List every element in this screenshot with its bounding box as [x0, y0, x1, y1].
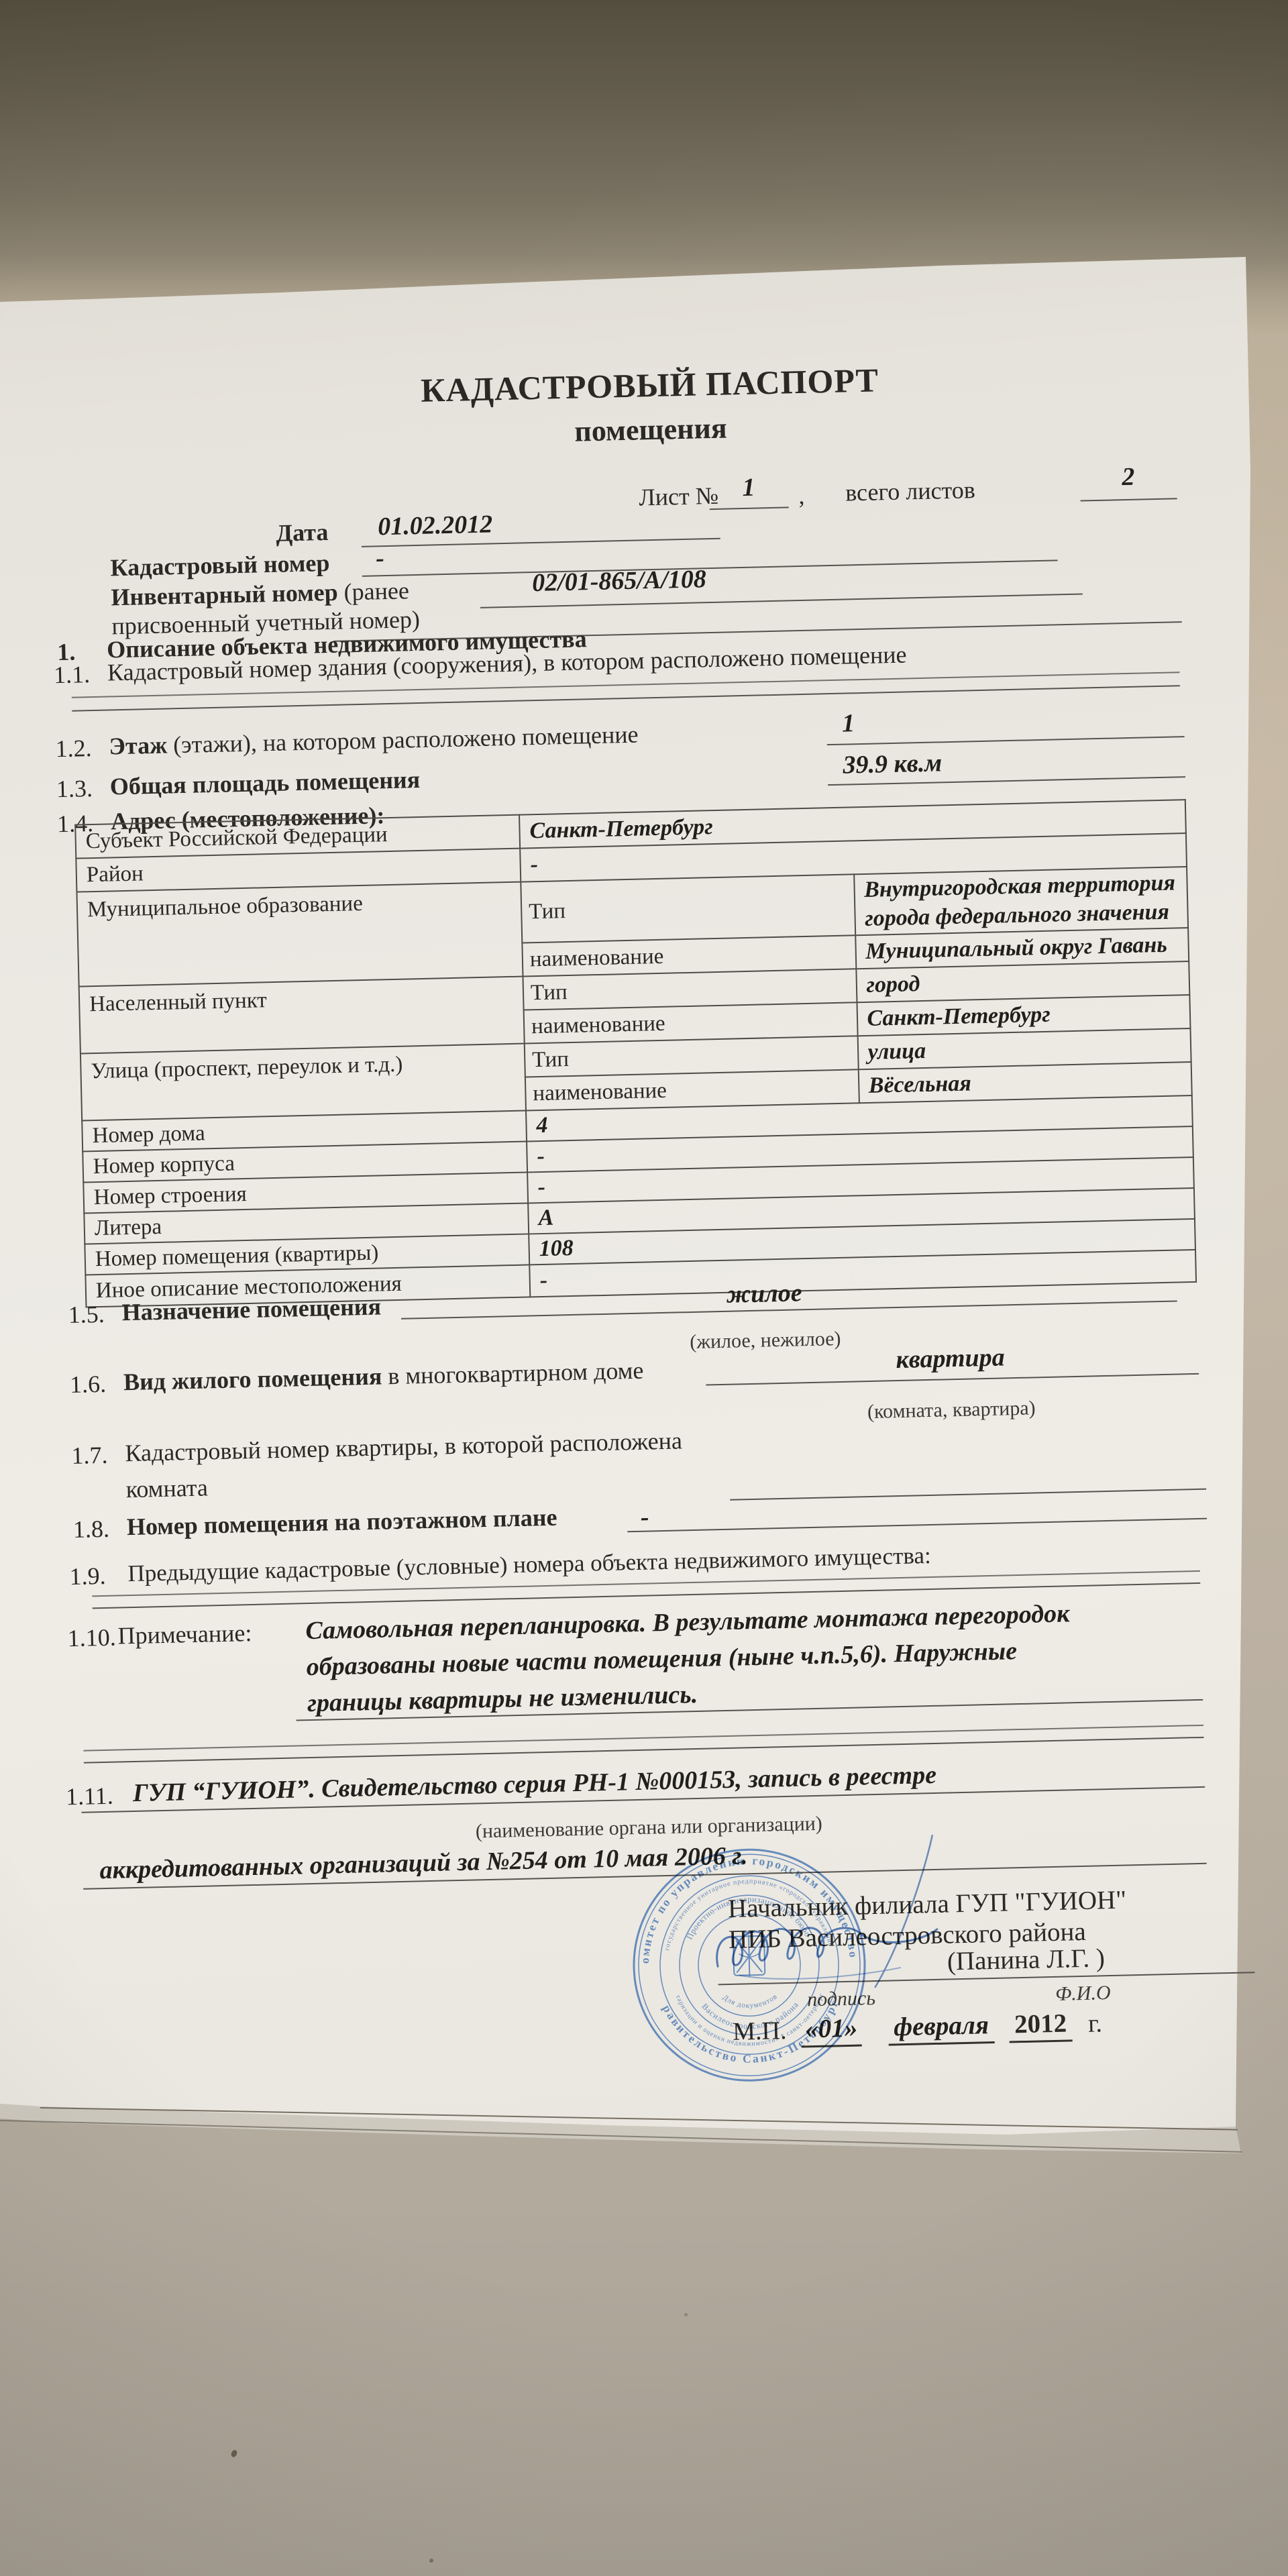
sheet-number-label: Лист №: [639, 483, 719, 511]
inventory-number-value: 02/01-865/А/108: [532, 566, 707, 598]
section-1-8-text: Номер помещения на поэтажном плане: [127, 1505, 557, 1541]
document-title: КАДАСТРОВЫЙ ПАСПОРТ: [347, 360, 952, 411]
section-1-8-number: 1.8.: [73, 1515, 110, 1544]
section-1-7-text-line2: комната: [125, 1474, 208, 1503]
total-sheets-value: 2: [1079, 462, 1177, 492]
inventory-number-label-bold: Инвентарный номер: [111, 579, 338, 611]
total-sheets-line: [1081, 498, 1177, 501]
note-separator-b: [84, 1737, 1204, 1764]
document-subtitle: помещения: [349, 407, 953, 453]
section-1-10-label: Примечание:: [117, 1620, 252, 1650]
section-1-3-number: 1.3.: [56, 774, 93, 803]
section-1-3-value: 39.9 кв.м: [843, 749, 943, 780]
sheet-number-value: 1: [709, 473, 789, 502]
cadastral-number-label: Кадастровый номер: [110, 550, 330, 582]
section-1-2-line: [827, 736, 1185, 745]
section-1-7-number: 1.7.: [71, 1441, 108, 1470]
date-value: 01.02.2012: [378, 511, 493, 541]
section-1-2-text-bold: Этаж: [109, 732, 168, 760]
inventory-number-label: Инвентарный номер (ранее: [111, 578, 409, 611]
section-1-10-number: 1.10.: [67, 1623, 116, 1653]
fio-hint: Ф.И.О: [1055, 1982, 1111, 2005]
address-row-label: Муниципальное образование: [76, 882, 523, 987]
section-1-1-line-b: [72, 685, 1180, 711]
cadastral-number-value: -: [376, 545, 385, 573]
section-1-2-text: Этаж (этажи), на котором расположено пом…: [109, 722, 639, 760]
section-1-11-number: 1.11.: [66, 1782, 114, 1811]
handwritten-signature: [696, 1829, 981, 1996]
total-sheets-label: всего листов: [845, 477, 975, 506]
address-row-sublabel: Тип: [521, 874, 855, 943]
note-line-2: образованы новые части помещения (ныне ч…: [306, 1638, 1017, 1682]
section-1-6-hint: (комната, квартира): [750, 1394, 1153, 1426]
address-table: Субъект Российской Федерации Санкт-Петер…: [74, 799, 1197, 1307]
section-1-6-text-rest: в многоквартирном доме: [382, 1357, 644, 1390]
address-row-value: Внутригородская территория города федера…: [854, 867, 1188, 935]
address-row-label: Населенный пункт: [79, 977, 525, 1054]
section-1-2-text-rest: (этажи), на котором расположено помещени…: [167, 721, 639, 759]
section-1-2-value: 1: [842, 710, 855, 738]
dust-speck: [230, 2449, 238, 2458]
dust-speck: [684, 2313, 688, 2316]
photo-of-document: КАДАСТРОВЫЙ ПАСПОРТ помещения Лист № 1 ,…: [0, 0, 1288, 2576]
sheet-number-line: [710, 506, 789, 510]
section-1-8-line: [627, 1518, 1207, 1533]
section-1-1-number: 1.1.: [54, 660, 91, 689]
section-1-2-number: 1.2.: [55, 734, 92, 763]
section-1-6-text: Вид жилого помещения в многоквартирном д…: [123, 1358, 644, 1396]
date-month: февраля: [888, 2011, 995, 2045]
section-1-8-value: -: [640, 1504, 649, 1532]
date-year: 2012: [1009, 2009, 1073, 2043]
section-1-6-number: 1.6.: [70, 1370, 107, 1399]
section-1-5-number: 1.5.: [68, 1300, 105, 1329]
inventory-number-label-rest: (ранее: [337, 577, 409, 605]
document-content: КАДАСТРОВЫЙ ПАСПОРТ помещения Лист № 1 ,…: [0, 260, 1288, 2130]
date-label: Дата: [276, 519, 329, 547]
note-separator-a: [83, 1725, 1203, 1752]
dust-speck: [429, 2559, 433, 2563]
section-1-6-text-bold: Вид жилого помещения: [123, 1362, 382, 1395]
cadastral-number-line: [362, 559, 1058, 577]
address-row-label: Улица (проспект, переулок и т.д.): [80, 1044, 526, 1121]
section-1-5-text: Назначение помещения: [121, 1293, 381, 1326]
comma: ,: [798, 483, 805, 510]
section-1-9-number: 1.9.: [69, 1562, 106, 1591]
section-1-7-line: [730, 1489, 1206, 1501]
section-1-3-text: Общая площадь помещения: [109, 767, 420, 800]
date-year-suffix: г.: [1088, 2010, 1103, 2038]
section-1-7-text-line1: Кадастровый номер квартиры, в которой ра…: [125, 1428, 682, 1466]
